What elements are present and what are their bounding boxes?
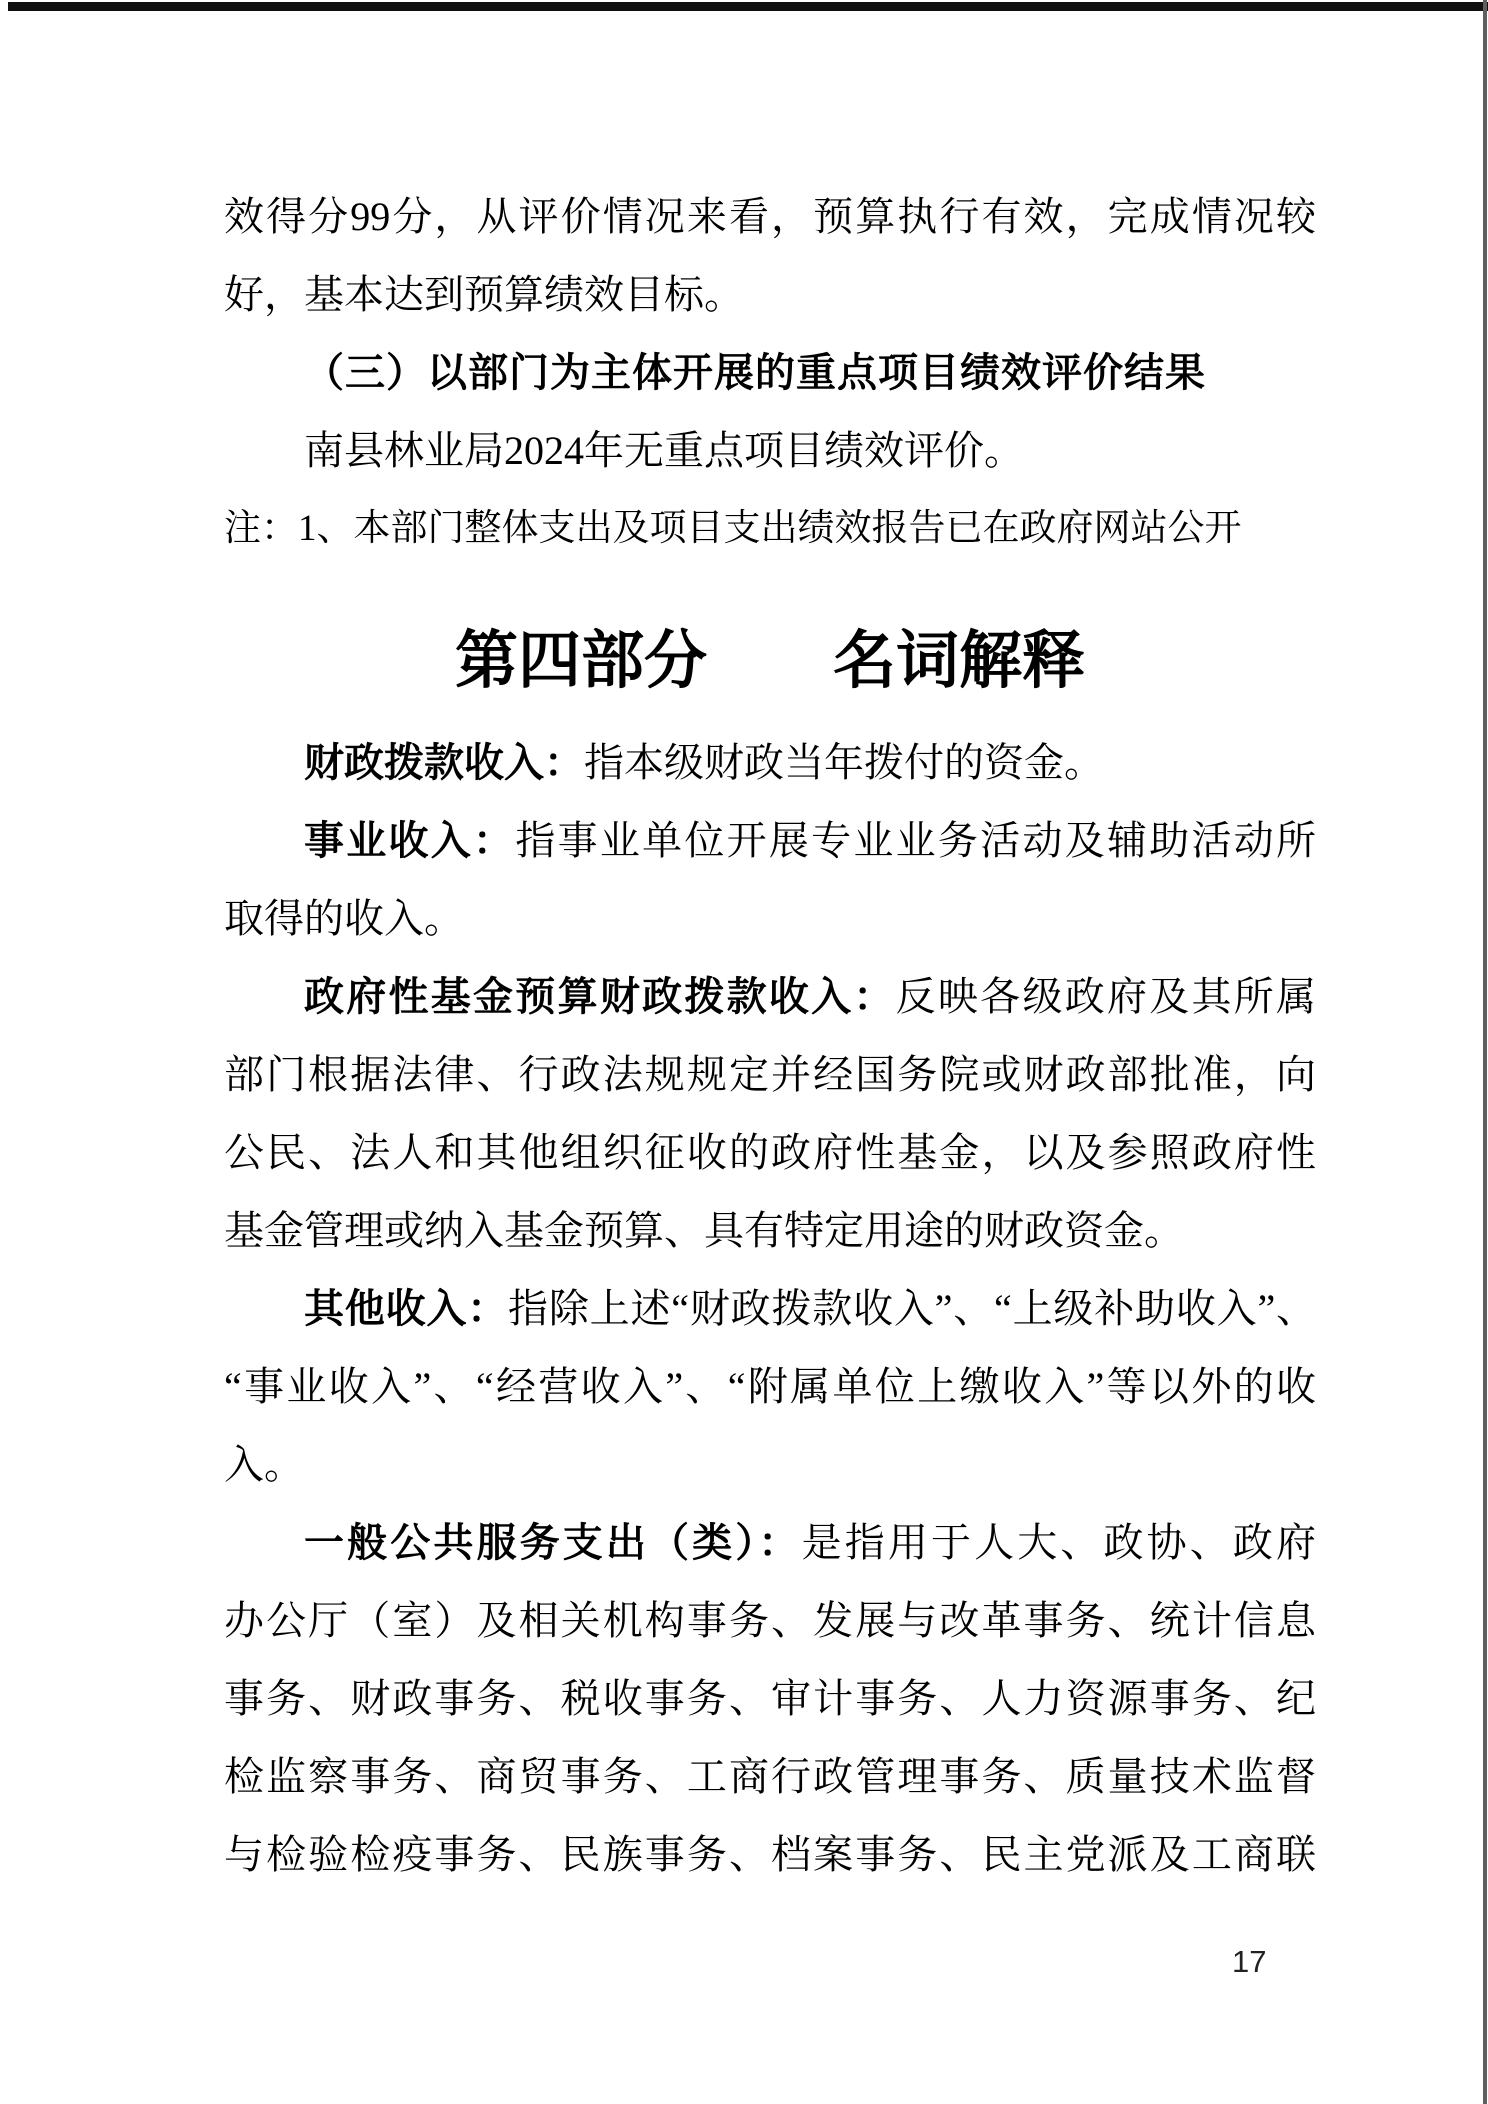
text-line: 南县林业局2024年无重点项目绩效评价。 — [224, 412, 1316, 490]
line-text: 检监察事务、商贸事务、工商行政管理事务、质量技术监督 — [224, 1754, 1316, 1799]
section-title: 第四部分 名词解释 — [224, 610, 1316, 712]
text-line: 入。 — [224, 1426, 1316, 1504]
line-text: 部门根据法律、行政法规规定并经国务院或财政部批准，向 — [224, 1052, 1316, 1097]
line-text: 与检验检疫事务、民族事务、档案事务、民主党派及工商联 — [224, 1832, 1316, 1877]
text-line: 公民、法人和其他组织征收的政府性基金，以及参照政府性 — [224, 1114, 1316, 1192]
line-text: 是指用于人大、政协、政府 — [802, 1520, 1316, 1565]
page-content: 效得分99分，从评价情况来看，预算执行有效，完成情况较好，基本达到预算绩效目标。… — [224, 178, 1316, 1894]
line-text: “事业收入”、“经营收入”、“附属单位上缴收入”等以外的收 — [224, 1364, 1316, 1409]
text-line: 一般公共服务支出（类）：是指用于人大、政协、政府 — [224, 1504, 1316, 1582]
line-text: 南县林业局2024年无重点项目绩效评价。 — [304, 428, 1024, 473]
text-line: 事务、财政事务、税收事务、审计事务、人力资源事务、纪 — [224, 1660, 1316, 1738]
document-page: 效得分99分，从评价情况来看，预算执行有效，完成情况较好，基本达到预算绩效目标。… — [0, 0, 1488, 2104]
text-line: 注：1、本部门整体支出及项目支出绩效报告已在政府网站公开 — [224, 490, 1316, 568]
page-number: 17 — [1232, 1944, 1266, 1980]
text-line: 与检验检疫事务、民族事务、档案事务、民主党派及工商联 — [224, 1816, 1316, 1894]
line-text: 取得的收入。 — [224, 896, 464, 941]
term-bold: 事业收入： — [304, 818, 515, 863]
text-line: 效得分99分，从评价情况来看，预算执行有效，完成情况较 — [224, 178, 1316, 256]
subsection-heading: （三）以部门为主体开展的重点项目绩效评价结果 — [224, 334, 1316, 412]
line-text: 事务、财政事务、税收事务、审计事务、人力资源事务、纪 — [224, 1676, 1316, 1721]
line-text: 指本级财政当年拨付的资金。 — [584, 740, 1104, 785]
line-text: 反映各级政府及其所属 — [896, 974, 1316, 1019]
term-bold: 一般公共服务支出（类）： — [304, 1520, 802, 1565]
text-line: “事业收入”、“经营收入”、“附属单位上缴收入”等以外的收 — [224, 1348, 1316, 1426]
text-line: 事业收入：指事业单位开展专业业务活动及辅助活动所 — [224, 802, 1316, 880]
text-line: 政府性基金预算财政拨款收入：反映各级政府及其所属 — [224, 958, 1316, 1036]
top-border-line — [8, 2, 1488, 11]
term-bold: 其他收入： — [304, 1286, 508, 1331]
text-line: 好，基本达到预算绩效目标。 — [224, 256, 1316, 334]
text-line: 部门根据法律、行政法规规定并经国务院或财政部批准，向 — [224, 1036, 1316, 1114]
line-text: 办公厅（室）及相关机构事务、发展与改革事务、统计信息 — [224, 1598, 1316, 1643]
line-text: 指除上述“财政拨款收入”、“上级补助收入”、 — [508, 1286, 1316, 1331]
text-line: 办公厅（室）及相关机构事务、发展与改革事务、统计信息 — [224, 1582, 1316, 1660]
line-text: 公民、法人和其他组织征收的政府性基金，以及参照政府性 — [224, 1130, 1316, 1175]
text-line: 其他收入：指除上述“财政拨款收入”、“上级补助收入”、 — [224, 1270, 1316, 1348]
text-line: 财政拨款收入：指本级财政当年拨付的资金。 — [224, 724, 1316, 802]
term-bold: 政府性基金预算财政拨款收入： — [304, 974, 896, 1019]
term-bold: （三）以部门为主体开展的重点项目绩效评价结果 — [304, 350, 1206, 395]
line-text: 入。 — [224, 1442, 304, 1487]
text-line: 基金管理或纳入基金预算、具有特定用途的财政资金。 — [224, 1192, 1316, 1270]
line-text: 注：1、本部门整体支出及项目支出绩效报告已在政府网站公开 — [224, 508, 1242, 549]
text-line: 取得的收入。 — [224, 880, 1316, 958]
line-text: 效得分99分，从评价情况来看，预算执行有效，完成情况较 — [224, 194, 1316, 239]
text-line: 检监察事务、商贸事务、工商行政管理事务、质量技术监督 — [224, 1738, 1316, 1816]
line-text: 好，基本达到预算绩效目标。 — [224, 272, 744, 317]
right-border-line — [1483, 0, 1487, 2104]
line-text: 基金管理或纳入基金预算、具有特定用途的财政资金。 — [224, 1208, 1184, 1253]
line-text: 指事业单位开展专业业务活动及辅助活动所 — [515, 818, 1316, 863]
term-bold: 财政拨款收入： — [304, 740, 584, 785]
